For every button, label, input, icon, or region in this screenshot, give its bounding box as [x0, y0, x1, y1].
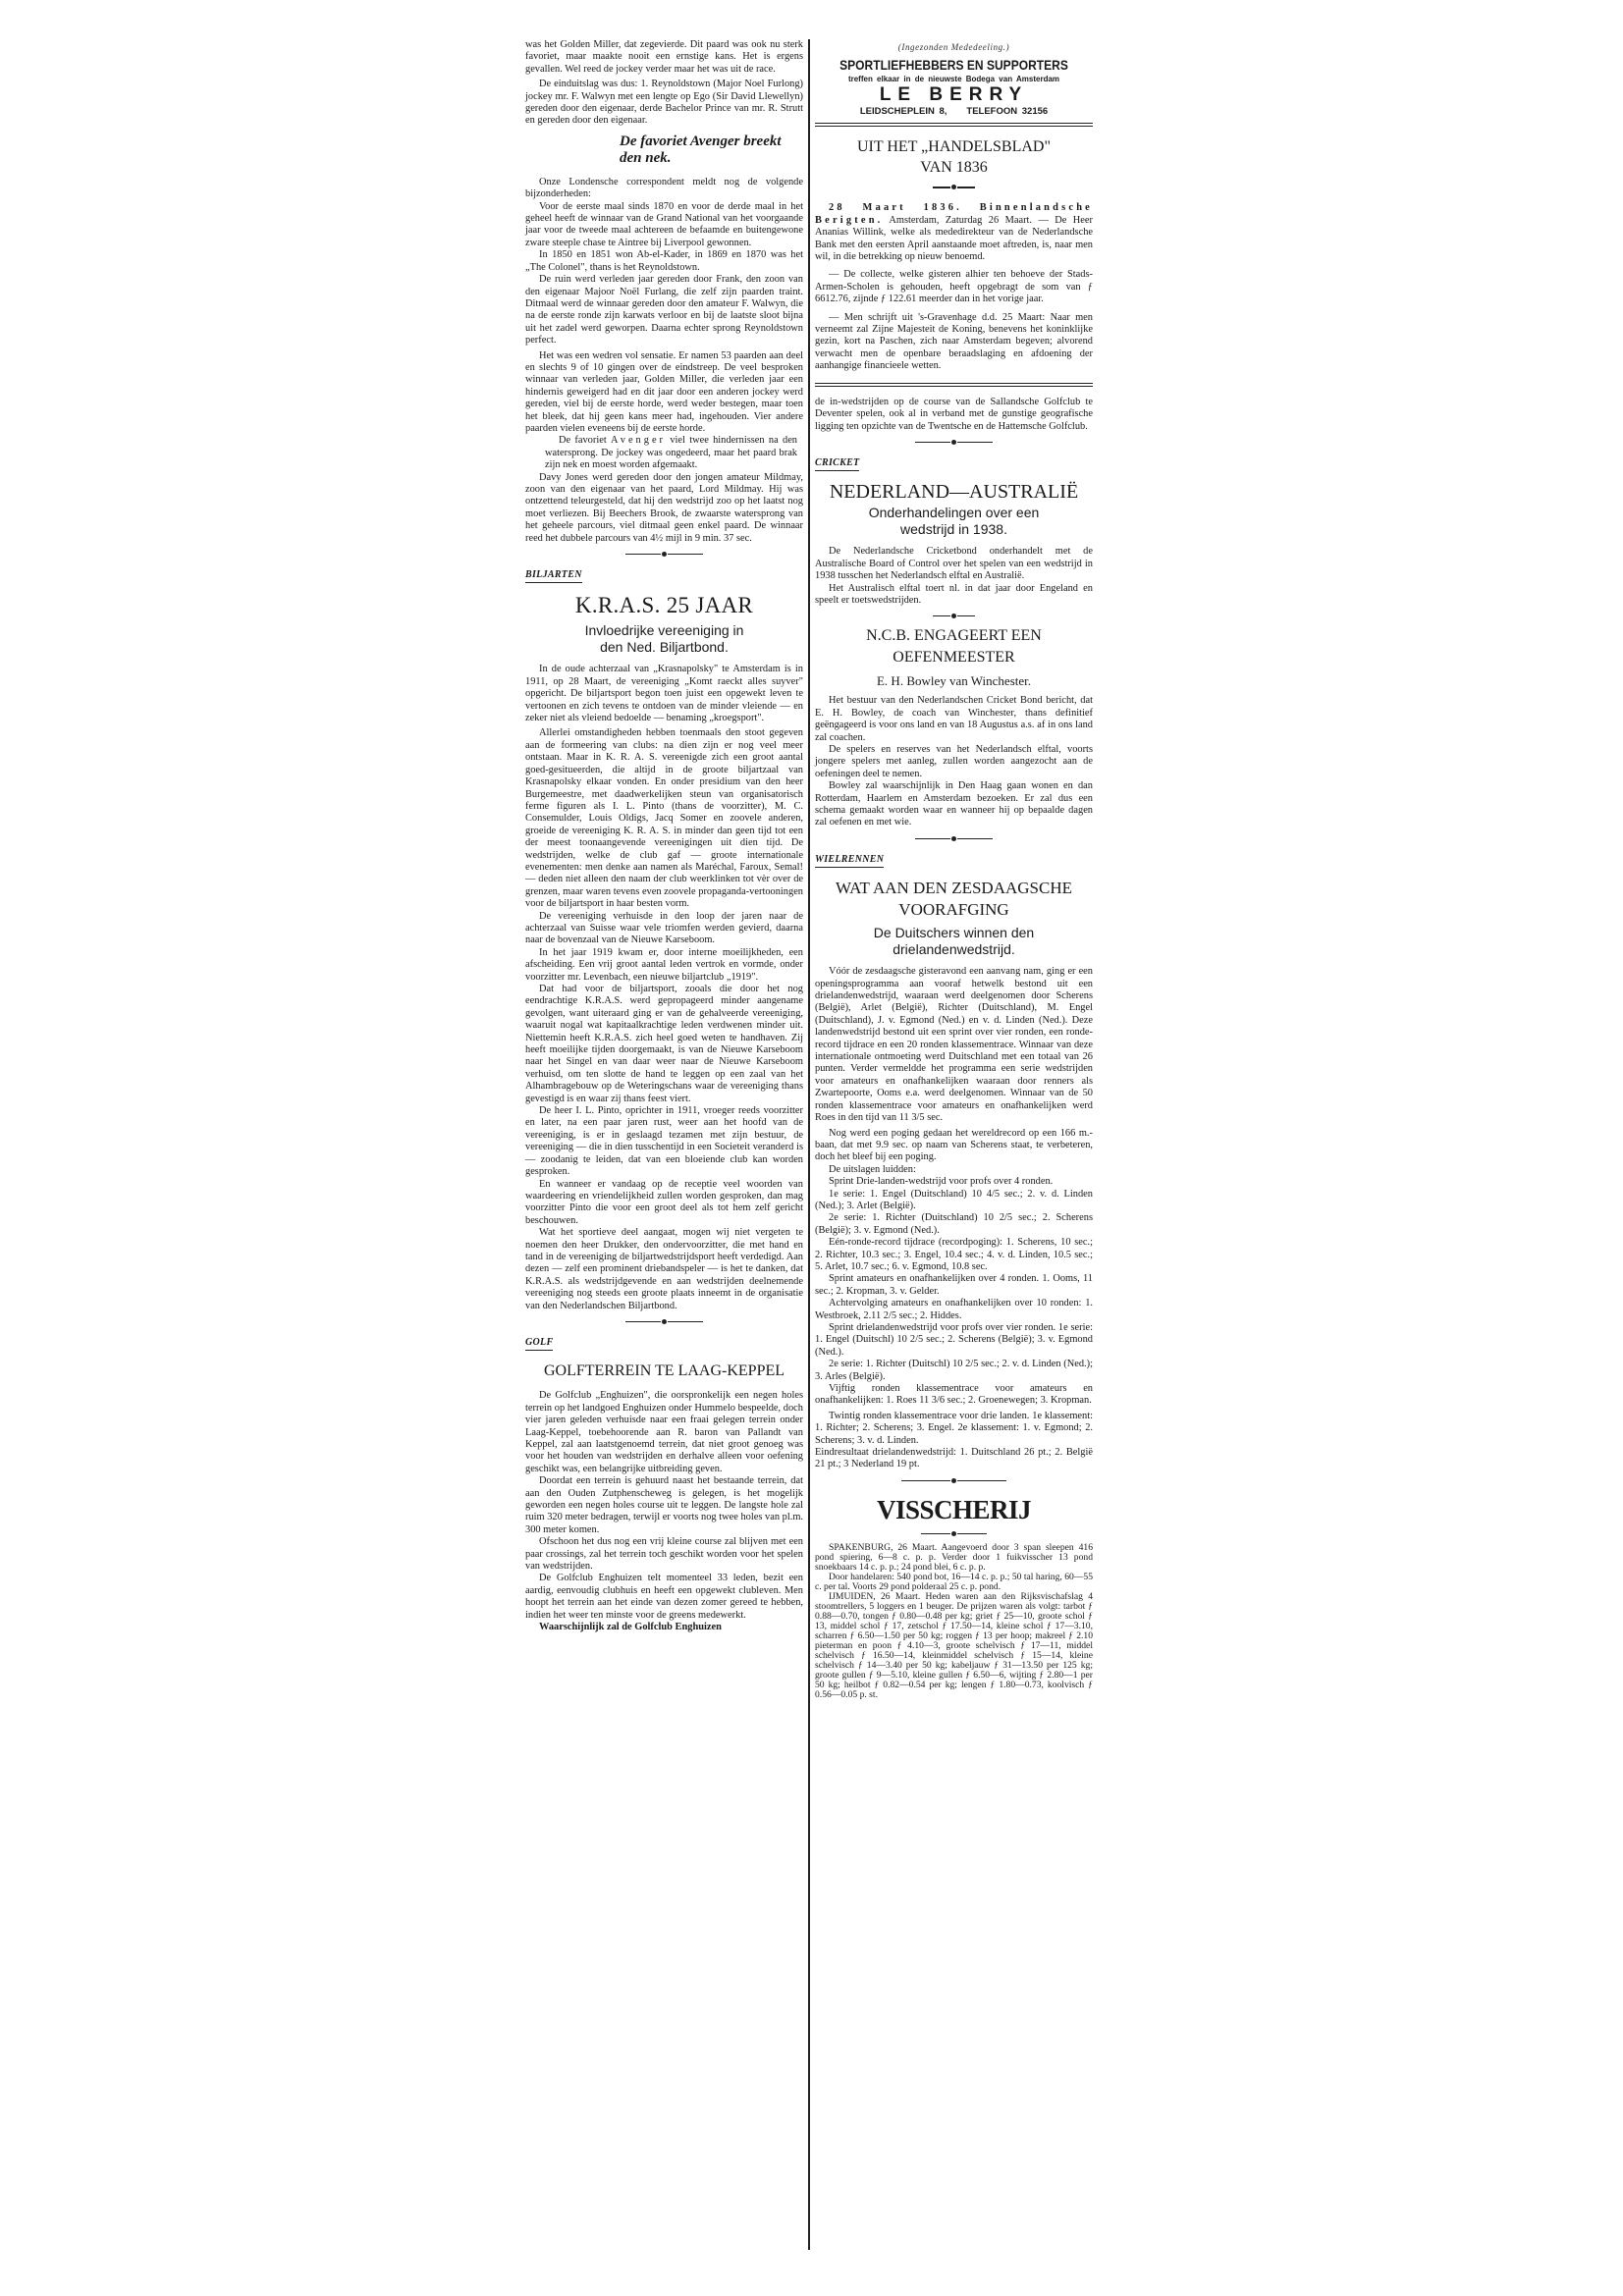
paragraph: Ofschoon het dus nog een vrij kleine cou…	[525, 1536, 803, 1573]
section-divider	[815, 1531, 1093, 1536]
paragraph: 1e serie: 1. Engel (Duitschland) 10 4/5 …	[815, 1189, 1093, 1213]
paragraph: In de oude achterzaal van „Krasnapolsky"…	[525, 664, 803, 724]
left-column: was het Golden Miller, dat zegevierde. D…	[525, 39, 803, 1634]
double-rule	[815, 123, 1093, 127]
article-subheadline: De Duitschers winnen den drielandenwedst…	[854, 925, 1054, 958]
article-visscherij: VISSCHERIJ SPAKENBURG, 26 Maart. Aangevo…	[815, 1495, 1093, 1700]
article-headline: NEDERLAND—AUSTRALIË	[815, 481, 1093, 503]
article-cricket: CRICKET NEDERLAND—AUSTRALIË Onderhandeli…	[815, 452, 1093, 618]
paragraph: was het Golden Miller, dat zegevierde. D…	[525, 39, 803, 76]
paragraph: De ruin werd verleden jaar gereden door …	[525, 274, 803, 347]
article-headline: WAT AAN DEN ZESDAAGSCHE VOORAFGING	[815, 878, 1093, 921]
section-kicker: BILJARTEN	[525, 569, 582, 583]
paragraph: Waarschijnlijk zal de Golfclub Enghuizen	[525, 1622, 803, 1633]
paragraph: Allerlei omstandigheden hebben toenmaals…	[525, 727, 803, 910]
advertisement-le-berry: (Ingezonden Mededeeling.) SPORTLIEFHEBBE…	[815, 41, 1093, 127]
article-subheadline: Onderhandelingen over een wedstrijd in 1…	[854, 505, 1054, 538]
newspaper-page: was het Golden Miller, dat zegevierde. D…	[525, 39, 1093, 2258]
paragraph: IJMUIDEN, 26 Maart. Heden waren aan den …	[815, 1592, 1093, 1700]
fish-market-report: SPAKENBURG, 26 Maart. Aangevoerd door 3 …	[815, 1543, 1093, 1700]
section-divider	[815, 836, 1093, 841]
paragraph: de in-wedstrijden op de course van de Sa…	[815, 397, 1093, 433]
final-result: Eindresultaat drielandenwedstrijd: 1. Du…	[815, 1447, 1093, 1471]
article-headline: N.C.B. ENGAGEERT EEN OEFENMEESTER	[844, 625, 1063, 668]
ad-contact: LEIDSCHEPLEIN 8,TELEFOON 32156	[815, 105, 1093, 118]
section-divider	[525, 1319, 803, 1324]
paragraph: De vereeniging verhuisde in den loop der…	[525, 911, 803, 947]
horse-name: Avenger	[611, 435, 666, 446]
paragraph: Voor de eerste maal sinds 1870 en voor d…	[525, 201, 803, 250]
article-ncb: N.C.B. ENGAGEERT EEN OEFENMEESTER E. H. …	[815, 625, 1093, 840]
paragraph: Twintig ronden klassementrace voor drie …	[815, 1411, 1093, 1447]
article-golf: GOLF GOLFTERREIN TE LAAG-KEPPEL De Golfc…	[525, 1331, 803, 1634]
ad-title: SPORTLIEFHEBBERS EN SUPPORTERS	[835, 57, 1073, 74]
paragraph: Doordat een terrein is gehuurd naast het…	[525, 1475, 803, 1536]
paragraph: — De collecte, welke gisteren alhier ten…	[815, 269, 1093, 305]
paragraph: Wat het sportieve deel aangaat, mogen wi…	[525, 1227, 803, 1312]
paragraph: 2e serie: 1. Richter (Duitschl) 10 2/5 s…	[815, 1359, 1093, 1383]
article-handelsblad: UIT HET „HANDELSBLAD" VAN 1836 28 Maart …	[815, 136, 1093, 386]
paragraph: Davy Jones werd gereden door den jongen …	[525, 472, 803, 545]
paragraph: Het was een wedren vol sensatie. Er name…	[525, 350, 803, 436]
paragraph: In 1850 en 1851 won Ab-el-Kader, in 1869…	[525, 249, 803, 274]
golf-continued: de in-wedstrijden op de course van de Sa…	[815, 397, 1093, 445]
paragraph: In het jaar 1919 kwam er, door interne m…	[525, 947, 803, 984]
paragraph: Het Australisch elftal toert nl. in dat …	[815, 583, 1093, 608]
column-rule	[808, 39, 810, 2250]
ad-brand: LE BERRY	[815, 85, 1093, 105]
article-grand-national: was het Golden Miller, dat zegevierde. D…	[525, 39, 803, 557]
paragraph: Sprint drielandenwedstrijd voor profs ov…	[815, 1322, 1093, 1359]
paragraph: Nog werd een poging gedaan het wereldrec…	[815, 1128, 1093, 1164]
article-biljarten: BILJARTEN K.R.A.S. 25 JAAR Invloedrijke …	[525, 563, 803, 1324]
paragraph: De uitslagen luidden:	[815, 1164, 1093, 1176]
section-kicker: WIELRENNEN	[815, 854, 884, 868]
paragraph: De Nederlandsche Cricketbond onderhandel…	[815, 546, 1093, 582]
paragraph: 2e serie: 1. Richter (Duitschland) 10 2/…	[815, 1212, 1093, 1237]
section-divider	[815, 1478, 1093, 1483]
paragraph: — Men schrijft uit 's-Gravenhage d.d. 25…	[815, 312, 1093, 373]
indented-paragraph: De favoriet Avenger viel twee hinderniss…	[545, 435, 797, 471]
article-headline: VISSCHERIJ	[815, 1495, 1093, 1524]
article-subheading: De favoriet Avenger breekt den nek.	[620, 133, 803, 167]
article-subheadline: Invloedrijke vereeniging in den Ned. Bil…	[574, 622, 754, 656]
article-headline: UIT HET „HANDELSBLAD" VAN 1836	[844, 136, 1063, 178]
paragraph: Onze Londensche correspondent meldt nog …	[525, 177, 803, 201]
section-divider	[815, 185, 1093, 189]
paragraph: Eén-ronde-record tijdrace (recordpoging)…	[815, 1237, 1093, 1273]
right-column: (Ingezonden Mededeeling.) SPORTLIEFHEBBE…	[815, 39, 1093, 1700]
text: De favoriet	[559, 435, 611, 446]
paragraph: Sprint Drie-landen-wedstrijd voor profs …	[815, 1176, 1093, 1188]
section-divider	[525, 552, 803, 557]
section-kicker: CRICKET	[815, 457, 859, 471]
paragraph: Bowley zal waarschijnlijk in Den Haag ga…	[815, 780, 1093, 829]
ad-phone: TELEFOON 32156	[966, 106, 1048, 117]
paragraph: Het bestuur van den Nederlandschen Crick…	[815, 695, 1093, 744]
paragraph: De Golfclub Enghuizen telt momenteel 33 …	[525, 1573, 803, 1622]
section-kicker: GOLF	[525, 1337, 553, 1351]
article-wielrennen: WIELRENNEN WAT AAN DEN ZESDAAGSCHE VOORA…	[815, 848, 1093, 1483]
paragraph: De einduitslag was dus: 1. Reynoldstown …	[525, 79, 803, 128]
section-divider	[815, 440, 1093, 445]
paragraph: Sprint amateurs en onafhankelijken over …	[815, 1273, 1093, 1298]
ad-note: (Ingezonden Mededeeling.)	[815, 41, 1093, 53]
paragraph: En wanneer er vandaag op de receptie vee…	[525, 1179, 803, 1228]
article-subheadline: E. H. Bowley van Winchester.	[821, 672, 1087, 689]
article-headline: K.R.A.S. 25 JAAR	[525, 593, 803, 618]
paragraph: Achtervolging amateurs en onafhankelijke…	[815, 1298, 1093, 1322]
paragraph: Door handelaren: 540 pond bot, 16—14 c. …	[815, 1573, 1093, 1592]
section-divider	[815, 614, 1093, 618]
paragraph: SPAKENBURG, 26 Maart. Aangevoerd door 3 …	[815, 1543, 1093, 1573]
double-rule	[815, 383, 1093, 387]
ad-subtitle: treffen elkaar in de nieuwste Bodega van…	[815, 74, 1093, 84]
paragraph: De heer I. L. Pinto, oprichter in 1911, …	[525, 1105, 803, 1178]
article-headline: GOLFTERREIN TE LAAG-KEPPEL	[525, 1361, 803, 1382]
paragraph: Dat had voor de biljartsport, zooals die…	[525, 984, 803, 1105]
paragraph: De Golfclub „Enghuizen", die oorspronkel…	[525, 1390, 803, 1475]
paragraph: De spelers en reserves van het Nederland…	[815, 744, 1093, 780]
ad-address: LEIDSCHEPLEIN 8,	[860, 106, 947, 117]
paragraph: Vijftig ronden klassementrace voor amate…	[815, 1383, 1093, 1408]
paragraph: Vóór de zesdaagsche gisteravond een aanv…	[815, 966, 1093, 1124]
